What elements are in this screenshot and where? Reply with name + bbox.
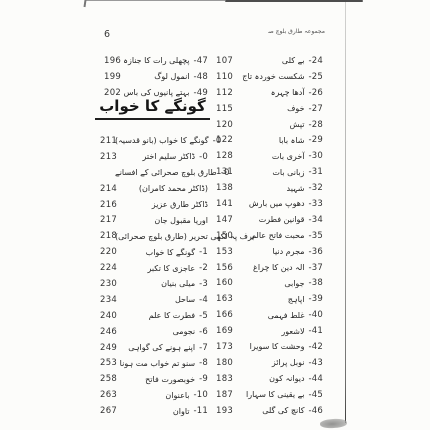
- entry-serial-number: -0: [213, 136, 222, 146]
- toc-entry-row: 169لاشعور-41: [216, 323, 323, 339]
- toc-entry-row: 163اپاہج-39: [216, 291, 323, 307]
- entry-page-number: 217: [100, 215, 117, 225]
- entry-page-number: 187: [216, 390, 233, 400]
- entry-title: باعنوان: [165, 391, 189, 400]
- entry-page-number: 166: [216, 310, 233, 320]
- entry-page-number: 115: [216, 104, 233, 114]
- entry-page-number: 163: [216, 294, 233, 304]
- toc-entry-row: 107بے کلی-24: [216, 53, 323, 69]
- entry-title: خوف: [287, 104, 304, 113]
- entry-title: میلی بنیان: [161, 279, 195, 288]
- toc-entry-row: 156الہ دین کا چراغ-37: [216, 260, 323, 276]
- entry-page-number: 180: [216, 358, 233, 368]
- entry-serial-number: -34: [309, 215, 323, 225]
- entry-serial-number: -28: [309, 120, 323, 130]
- toc-entry-row: طارق بلوچ صحرائی کے افسانے-0: [100, 165, 208, 181]
- toc-entry-row: 218برف پہ لکھی تحریر (طارق بلوچ صحرائی): [100, 228, 208, 244]
- entry-title: دھوپ میں بارش: [249, 199, 305, 208]
- entry-serial-number: -32: [309, 183, 323, 193]
- entry-title: فطرت کا علم: [149, 311, 195, 320]
- toc-column-left-main: 211گونگے کا خواب (بانو قدسیہ)-0213ڈاکٹر …: [100, 133, 208, 419]
- entry-page-number: 107: [216, 56, 233, 66]
- entry-page-number: 230: [100, 279, 117, 289]
- entry-title: محبت فاتح عالم: [251, 231, 304, 240]
- entry-serial-number: -43: [309, 358, 323, 368]
- entry-page-number: 153: [216, 247, 233, 257]
- entry-serial-number: -48: [194, 72, 208, 82]
- toc-entry-row: 199انمول لوگ-48: [104, 69, 208, 85]
- entry-serial-number: -9: [199, 374, 208, 384]
- entry-serial-number: -24: [309, 56, 323, 66]
- entry-title: تپش: [290, 120, 305, 129]
- entry-title: وحشت کا سویرا: [250, 342, 305, 351]
- entry-page-number: 138: [216, 183, 233, 193]
- entry-page-number: 249: [100, 343, 117, 353]
- entry-title: جوابی: [284, 279, 304, 288]
- entry-title: عاجزی کا تکبر: [147, 264, 195, 273]
- entry-serial-number: -4: [199, 295, 208, 305]
- scan-top-edge-line: [85, 0, 225, 1]
- entry-serial-number: -36: [309, 247, 323, 257]
- toc-entry-row: 196پچھلی رات کا جنازہ-47: [104, 53, 208, 69]
- toc-entry-row: 217اوریا مقبول جان: [100, 212, 208, 228]
- entry-title: شاہ بابا: [279, 136, 305, 145]
- entry-title: اپاہج: [288, 295, 305, 304]
- entry-page-number: 216: [100, 200, 117, 210]
- entry-title: شکست خوردہ تاج: [242, 72, 304, 81]
- toc-entry-row: 128آخری بات-30: [216, 148, 323, 164]
- entry-title: لاشعور: [281, 327, 304, 336]
- entry-page-number: 263: [100, 390, 117, 400]
- entry-serial-number: -42: [309, 342, 323, 352]
- entry-title: خوبصورت فاتح: [145, 375, 195, 384]
- entry-page-number: 110: [216, 72, 233, 82]
- entry-serial-number: -25: [309, 72, 323, 82]
- toc-entry-row: 253سنو تم خواب مت ہونا-8: [100, 355, 208, 371]
- toc-entry-row: 153مجرم دنیا-36: [216, 244, 323, 260]
- entry-title: آدھا چہرہ: [271, 88, 305, 97]
- entry-title: اوریا مقبول جان: [154, 216, 208, 225]
- entry-page-number: 218: [100, 231, 115, 241]
- entry-page-number: 169: [216, 326, 233, 336]
- entry-page-number: 193: [216, 406, 233, 416]
- toc-column-left-top: 196پچھلی رات کا جنازہ-47199انمول لوگ-482…: [104, 53, 208, 101]
- entry-serial-number: -44: [309, 374, 323, 384]
- entry-serial-number: -1: [199, 247, 208, 257]
- toc-entry-row: 166غلط فہمی-40: [216, 307, 323, 323]
- entry-title: کانچ کی گلی: [262, 406, 304, 415]
- entry-page-number: 141: [216, 199, 233, 209]
- toc-entry-row: 246نجومی-6: [100, 324, 208, 340]
- toc-entry-row: 263باعنوان-10: [100, 387, 208, 403]
- page-fold-line: [345, 2, 346, 423]
- entry-title: قوانین فطرت: [259, 215, 305, 224]
- toc-entry-row: 141دھوپ میں بارش-33: [216, 196, 323, 212]
- toc-entry-row: 234ساحل-4: [100, 292, 208, 308]
- entry-serial-number: -39: [309, 294, 323, 304]
- toc-entry-row: 211گونگے کا خواب (بانو قدسیہ)-0: [100, 133, 208, 149]
- toc-entry-row: 147قوانین فطرت-34: [216, 212, 323, 228]
- entry-page-number: 214: [100, 184, 117, 194]
- toc-entry-row: 214(ڈاکٹر محمد کامران): [100, 181, 208, 197]
- entry-page-number: 199: [104, 72, 121, 82]
- entry-title: تاوان: [173, 407, 190, 416]
- entry-page-number: 173: [216, 342, 233, 352]
- entry-title: نجومی: [173, 327, 195, 336]
- toc-entry-row: 224عاجزی کا تکبر-2: [100, 260, 208, 276]
- entry-title: بے کلی: [282, 56, 305, 65]
- entry-page-number: 120: [216, 120, 233, 130]
- entry-serial-number: -10: [194, 390, 208, 400]
- entry-page-number: 211: [100, 136, 115, 146]
- entry-serial-number: -41: [309, 326, 323, 336]
- toc-entry-row: 187بے یقینی کا سہارا-45: [216, 387, 323, 403]
- toc-entry-row: 258خوبصورت فاتح-9: [100, 371, 208, 387]
- toc-entry-row: 115خوف-27: [216, 101, 323, 117]
- toc-entry-row: 249اپنے ہونے کی گواہی-7: [100, 340, 208, 356]
- entry-serial-number: -31: [309, 167, 323, 177]
- running-header-title: مجموعہ طارق بلوچ صحرائی: [268, 28, 325, 35]
- toc-entry-row: 220گونگے کا خواب-1: [100, 244, 208, 260]
- entry-title: مجرم دنیا: [273, 247, 305, 256]
- entry-title: پچھلی رات کا جنازہ: [123, 56, 189, 65]
- entry-serial-number: -33: [309, 199, 323, 209]
- entry-page-number: 258: [100, 374, 117, 384]
- toc-entry-row: 267تاوان-11: [100, 403, 208, 419]
- toc-entry-row: 112آدھا چہرہ-26: [216, 85, 323, 101]
- entry-serial-number: -37: [309, 263, 323, 273]
- entry-serial-number: -46: [309, 406, 323, 416]
- entry-title: آخری بات: [272, 152, 305, 161]
- entry-title: (ڈاکٹر محمد کامران): [139, 184, 208, 193]
- entry-serial-number: -0: [221, 168, 230, 178]
- entry-page-number: 240: [100, 311, 117, 321]
- entry-page-number: 147: [216, 215, 233, 225]
- entry-title: گونگے کا خواب: [146, 248, 195, 257]
- toc-entry-row: 216ڈاکٹر طارق عزیز: [100, 197, 208, 213]
- toc-entry-row: 131زبانی بات-31: [216, 164, 323, 180]
- entry-page-number: 156: [216, 263, 233, 273]
- toc-entry-row: 173وحشت کا سویرا-42: [216, 339, 323, 355]
- entry-page-number: 160: [216, 278, 233, 288]
- scan-top-edge-line-dark: [225, 0, 363, 2]
- entry-serial-number: -30: [309, 151, 323, 161]
- entry-title: بے یقینی کا سہارا: [246, 390, 304, 399]
- toc-entry-row: 180نوبل پرائز-43: [216, 355, 323, 371]
- entry-serial-number: -5: [199, 311, 208, 321]
- entry-title: اپنے ہونے کی گواہی: [128, 343, 195, 352]
- entry-serial-number: -38: [309, 278, 323, 288]
- entry-serial-number: -40: [309, 310, 323, 320]
- entry-serial-number: -7: [199, 343, 208, 353]
- toc-entry-row: 213ڈاکٹر سلیم اختر-0: [100, 149, 208, 165]
- entry-serial-number: -45: [309, 390, 323, 400]
- entry-serial-number: -0: [199, 152, 208, 162]
- entry-page-number: 128: [216, 151, 233, 161]
- entry-title: شہید: [287, 184, 305, 193]
- entry-serial-number: -27: [309, 104, 323, 114]
- toc-entry-row: 110شکست خوردہ تاج-25: [216, 69, 323, 85]
- entry-title: دیوانہ کون: [269, 374, 304, 383]
- toc-entry-row: 120تپش-28: [216, 117, 323, 133]
- entry-title: طارق بلوچ صحرائی کے افسانے: [115, 168, 217, 177]
- section-heading: گونگے کا خواب: [95, 97, 210, 120]
- entry-page-number: 196: [104, 56, 121, 66]
- entry-page-number: 224: [100, 263, 117, 273]
- entry-page-number: 220: [100, 247, 117, 257]
- entry-page-number: 213: [100, 152, 117, 162]
- entry-title: غلط فہمی: [268, 311, 305, 320]
- section-heading-container: گونگے کا خواب: [95, 96, 210, 120]
- entry-serial-number: -47: [194, 56, 208, 66]
- entry-title: الہ دین کا چراغ: [253, 263, 304, 272]
- scan-smudge-mark: [320, 418, 347, 428]
- toc-entry-row: 183دیوانہ کون-44: [216, 371, 323, 387]
- entry-page-number: 267: [100, 406, 117, 416]
- entry-serial-number: -8: [199, 358, 208, 368]
- entry-serial-number: -2: [199, 263, 208, 273]
- entry-title: ڈاکٹر طارق عزیز: [152, 200, 208, 209]
- toc-entry-row: 160جوابی-38: [216, 275, 323, 291]
- toc-entry-row: 193کانچ کی گلی-46: [216, 403, 323, 419]
- folio-page-number: 6: [104, 29, 110, 40]
- toc-entry-row: 138شہید-32: [216, 180, 323, 196]
- entry-title: ساحل: [175, 295, 195, 304]
- entry-page-number: 246: [100, 327, 117, 337]
- entry-serial-number: -3: [199, 279, 208, 289]
- entry-serial-number: -29: [309, 135, 323, 145]
- entry-page-number: 234: [100, 295, 117, 305]
- entry-title: نوبل پرائز: [272, 358, 305, 367]
- entry-serial-number: -35: [309, 231, 323, 241]
- entry-page-number: 253: [100, 358, 117, 368]
- entry-title: انمول لوگ: [154, 72, 189, 81]
- toc-entry-row: 230میلی بنیان-3: [100, 276, 208, 292]
- toc-entry-row: 240فطرت کا علم-5: [100, 308, 208, 324]
- toc-entry-row: 122شاہ بابا-29: [216, 132, 323, 148]
- entry-title: زبانی بات: [272, 168, 304, 177]
- entry-page-number: 112: [216, 88, 233, 98]
- entry-title: ڈاکٹر سلیم اختر: [143, 152, 196, 161]
- entry-page-number: 183: [216, 374, 233, 384]
- entry-serial-number: -26: [309, 88, 323, 98]
- entry-title: برف پہ لکھی تحریر (طارق بلوچ صحرائی): [115, 232, 255, 241]
- entry-title: گونگے کا خواب (بانو قدسیہ): [115, 136, 209, 145]
- entry-serial-number: -6: [199, 327, 208, 337]
- entry-serial-number: -11: [194, 406, 208, 416]
- scan-corner-tick: [84, 0, 87, 7]
- entry-title: سنو تم خواب مت ہونا: [120, 359, 195, 368]
